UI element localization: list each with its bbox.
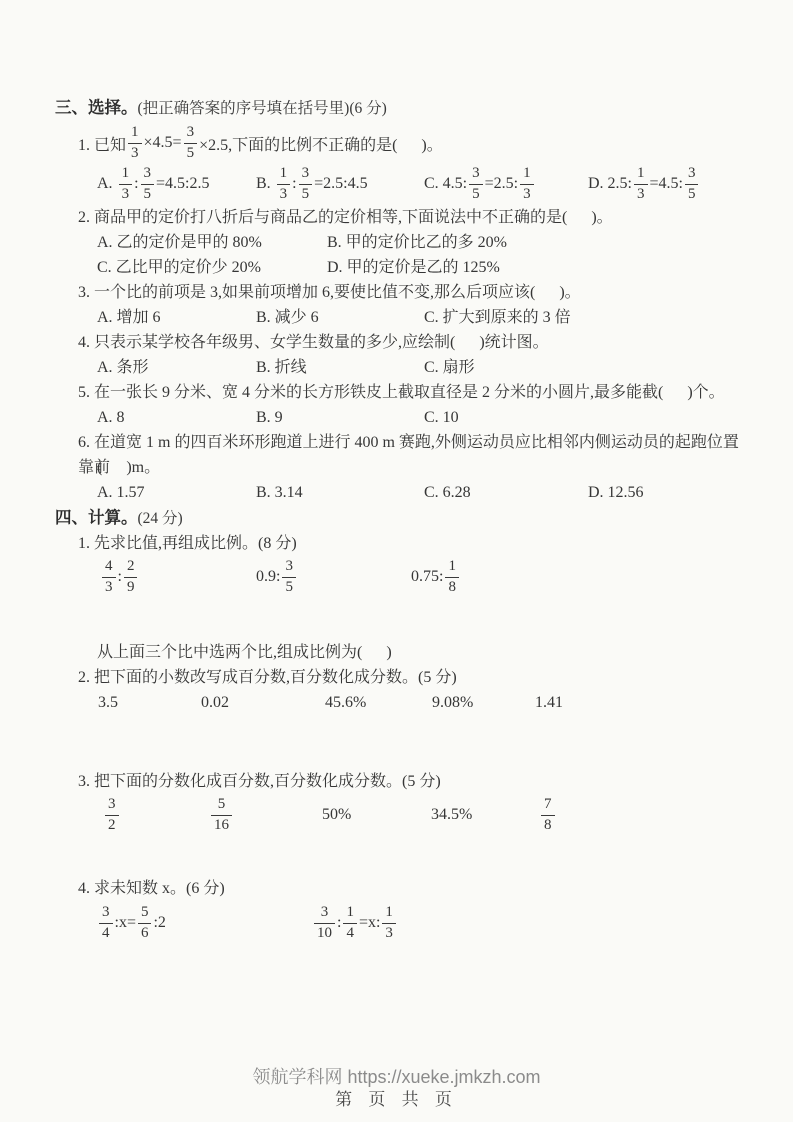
math-text: 50% [322, 806, 351, 824]
fraction: 13 [119, 166, 133, 202]
math-text: :x= [115, 914, 136, 932]
percent-value: 9.08% [432, 690, 535, 715]
math-text: C. 4.5: [424, 175, 467, 193]
option-b: B. 9 [256, 405, 424, 430]
math-text: A. [97, 175, 117, 193]
fraction: 43 [102, 559, 116, 595]
question-3-stem: 3. 一个比的前项是 3,如果前项增加 6,要使比值不变,那么后项应该( )。 [55, 280, 745, 305]
page-footer: 领航学科网 https://xueke.jmkzh.com 第 页 共 页 [0, 1066, 793, 1112]
page-number-line: 第 页 共 页 [0, 1088, 793, 1112]
fraction: 13 [520, 166, 534, 202]
option-c: C. 扩大到原来的 3 倍 [424, 305, 745, 330]
equation: 310:14=x:13 [312, 901, 745, 945]
math-text: =2.5:4.5 [314, 175, 367, 193]
question-2-options-row-2: C. 乙比甲的定价少 20% D. 甲的定价是乙的 125% [55, 255, 745, 280]
math-text: B. [256, 175, 275, 193]
section-3-header: 三、选择。(把正确答案的序号填在括号里)(6 分) [55, 95, 745, 121]
question-4-stem: 4. 只表示某学校各年级男、女学生数量的多少,应绘制( )统计图。 [55, 330, 745, 355]
fraction-value: 32 [103, 794, 209, 836]
question-2-options-row-1: A. 乙的定价是甲的 80% B. 甲的定价比乙的多 20% [55, 230, 745, 255]
question-5-stem: 5. 在一张长 9 分米、宽 4 分米的长方形铁皮上截取直径是 2 分米的小圆片… [55, 380, 745, 405]
option-b: B. 折线 [256, 355, 424, 380]
question-4-options: A. 条形 B. 折线 C. 扇形 [55, 355, 745, 380]
fraction: 35 [282, 559, 296, 595]
calc-question-3-label: 3. 把下面的分数化成百分数,百分数化成分数。(5 分) [55, 769, 745, 794]
fraction: 13 [382, 905, 396, 941]
percent-value: 34.5% [431, 794, 539, 836]
question-6-stem-line-1: 6. 在道宽 1 m 的四百米环形跑道上进行 400 m 赛跑,外侧运动员应比相… [55, 430, 745, 455]
option-d: D. 12.56 [588, 480, 745, 505]
option-a: A. 1.57 [97, 480, 256, 505]
decimal-value: 3.5 [98, 690, 201, 715]
ratio-expression: 0.75:18 [411, 556, 745, 598]
fraction: 34 [99, 905, 113, 941]
fraction: 35 [184, 125, 198, 161]
option-a: A. 增加 6 [97, 305, 256, 330]
option-b: B. 甲的定价比乙的多 20% [327, 230, 745, 255]
equation: 34:x=56:2 [97, 901, 312, 945]
section-3-title: 三、选择。 [55, 98, 138, 117]
calc-question-4-equations: 34:x=56:2 310:14=x:13 [55, 901, 745, 945]
math-text: =4.5:2.5 [156, 175, 209, 193]
option-d: D. 甲的定价是乙的 125% [327, 255, 745, 280]
section-3-note: (把正确答案的序号填在括号里)(6 分) [138, 100, 387, 117]
test-paper-page: 三、选择。(把正确答案的序号填在括号里)(6 分) 1. 已知13×4.5=35… [0, 0, 793, 1122]
math-text: 0.9: [256, 568, 280, 586]
math-text: =4.5: [650, 175, 683, 193]
fraction: 14 [343, 905, 357, 941]
calc-question-2-label: 2. 把下面的小数改写成百分数,百分数化成分数。(5 分) [55, 665, 745, 690]
section-4-note: (24 分) [138, 510, 183, 527]
calc-question-1-items: 43:29 0.9:35 0.75:18 [55, 556, 745, 598]
question-3-options: A. 增加 6 B. 减少 6 C. 扩大到原来的 3 倍 [55, 305, 745, 330]
math-text: :2 [153, 914, 165, 932]
fraction-value: 78 [539, 794, 745, 836]
option-b: B. 13:35=2.5:4.5 [256, 163, 424, 205]
fraction: 35 [141, 166, 155, 202]
option-d: D. 2.5:13=4.5:35 [588, 163, 745, 205]
question-5-options: A. 8 B. 9 C. 10 [55, 405, 745, 430]
fraction: 78 [541, 797, 555, 833]
option-a: A. 8 [97, 405, 256, 430]
fraction: 13 [277, 166, 291, 202]
fraction: 35 [685, 166, 699, 202]
fraction: 35 [299, 166, 313, 202]
decimal-value: 1.41 [535, 690, 745, 715]
option-c: C. 6.28 [424, 480, 588, 505]
option-b: B. 减少 6 [256, 305, 424, 330]
fraction: 56 [138, 905, 152, 941]
math-text: ×4.5= [144, 134, 182, 152]
decimal-value: 0.02 [201, 690, 325, 715]
math-text: : [292, 175, 296, 193]
section-4-title: 四、计算。 [55, 508, 138, 527]
calc-question-4-label: 4. 求未知数 x。(6 分) [55, 876, 745, 901]
option-c: C. 10 [424, 405, 745, 430]
option-c: C. 乙比甲的定价少 20% [97, 255, 327, 280]
fraction: 310 [314, 905, 335, 941]
fraction: 35 [469, 166, 483, 202]
question-1-stem: 1. 已知13×4.5=35×2.5,下面的比例不正确的是( )。 [55, 123, 745, 163]
calc-question-2-items: 3.5 0.02 45.6% 9.08% 1.41 [55, 690, 745, 715]
math-text: =2.5: [485, 175, 518, 193]
question-6-options: A. 1.57 B. 3.14 C. 6.28 D. 12.56 [55, 480, 745, 505]
option-a: A. 13:35=4.5:2.5 [97, 163, 256, 205]
fraction-value: 516 [209, 794, 322, 836]
option-b: B. 3.14 [256, 480, 424, 505]
ratio-expression: 43:29 [100, 556, 256, 598]
fraction: 18 [445, 559, 459, 595]
section-4-header: 四、计算。(24 分) [55, 505, 745, 531]
fraction: 32 [105, 797, 119, 833]
option-a: A. 条形 [97, 355, 256, 380]
option-c: C. 扇形 [424, 355, 745, 380]
option-c: C. 4.5:35=2.5:13 [424, 163, 588, 205]
math-text: 1. 已知 [78, 132, 126, 155]
fraction: 29 [124, 559, 138, 595]
math-text: =x: [359, 914, 380, 932]
calc-question-1-label: 1. 先求比值,再组成比例。(8 分) [55, 531, 745, 556]
math-text: : [134, 175, 138, 193]
percent-value: 45.6% [325, 690, 432, 715]
percent-value: 50% [322, 794, 431, 836]
calc-question-3-items: 32 516 50% 34.5% 78 [55, 794, 745, 836]
math-text: : [118, 568, 122, 586]
math-text: 34.5% [431, 806, 472, 824]
question-2-stem: 2. 商品甲的定价打八折后与商品乙的定价相等,下面说法中不正确的是( )。 [55, 205, 745, 230]
fraction: 13 [128, 125, 142, 161]
math-text: ×2.5,下面的比例不正确的是( )。 [199, 132, 443, 155]
ratio-expression: 0.9:35 [256, 556, 411, 598]
calc-question-1-select-line: 从上面三个比中选两个比,组成比例为( ) [55, 640, 745, 665]
fraction: 13 [634, 166, 648, 202]
fraction: 516 [211, 797, 232, 833]
math-text: 0.75: [411, 568, 443, 586]
site-watermark: 领航学科网 https://xueke.jmkzh.com [0, 1066, 793, 1088]
math-text: D. 2.5: [588, 175, 632, 193]
option-a: A. 乙的定价是甲的 80% [97, 230, 327, 255]
question-6-stem-line-2: ( )m。 [55, 455, 745, 480]
question-1-options: A. 13:35=4.5:2.5 B. 13:35=2.5:4.5 C. 4.5… [55, 163, 745, 205]
math-text: : [337, 914, 341, 932]
